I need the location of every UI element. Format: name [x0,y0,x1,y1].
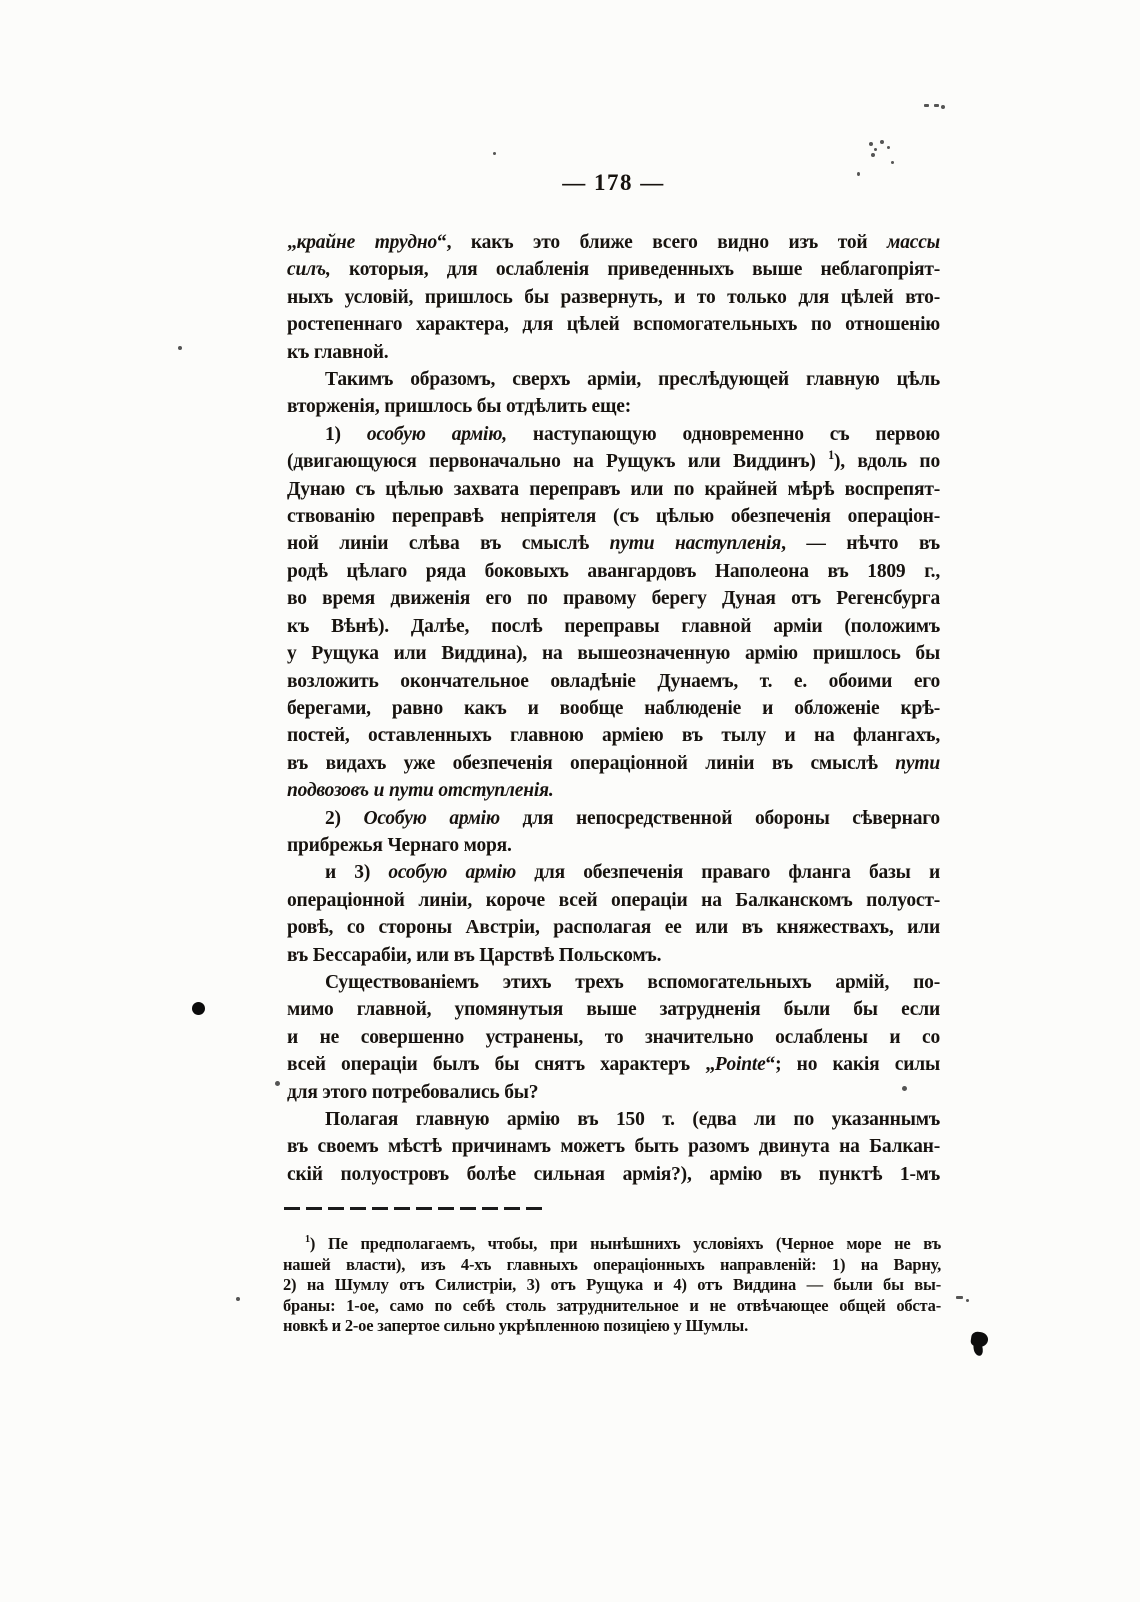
scan-speck [275,1081,280,1086]
text-segment: “; но какія силы [766,1054,940,1075]
text-segment: массы [887,232,940,253]
scan-speck [880,140,884,144]
text-segment: для непосредственной обороны сѣвернаго [500,808,940,829]
text-line: берегами, равно какъ и вообще наблюденіе… [287,695,940,722]
scan-speck [869,142,873,146]
text-segment: Особую армію [364,808,500,829]
text-segment: къ главной. [287,342,388,363]
text-line: мимо главной, упомянутыя выше затруднені… [287,996,940,1023]
text-segment: крайне трудно [297,232,437,253]
text-line: въ своемъ мѣстѣ причинамъ можетъ быть ра… [287,1133,940,1160]
text-line: Существованіемъ этихъ трехъ вспомогатель… [287,969,940,996]
text-segment: возложить окончательное овладѣніе Дунаем… [287,671,940,692]
text-line: скій полуостровъ болѣе сильная армія?), … [287,1161,940,1188]
text-line: къ главной. [287,339,940,366]
text-line: въ Бессарабіи, или въ Царствѣ Польскомъ. [287,942,940,969]
text-line: постей, оставленныхъ главною арміею въ т… [287,722,940,749]
text-line: ствованію переправѣ непріятеля (съ цѣлью… [287,503,940,530]
text-line: браны: 1-ое, само по себѣ столь затрудни… [283,1296,941,1317]
text-segment: у Рущука или Виддина), на вышеозначенную… [287,643,940,664]
text-line: силъ, которыя, для ослабленія приведенны… [287,256,940,283]
text-line: всей операціи былъ бы снятъ характеръ „P… [287,1051,940,1078]
text-segment: Дунаю съ цѣлью захвата переправъ или по … [287,479,940,500]
text-segment: нашей власти), изъ 4-хъ главныхъ операці… [283,1255,941,1274]
scan-speck [871,153,875,157]
text-segment: ныхъ условій, пришлось бы развернуть, и … [287,287,940,308]
footnote-text: 1) Пе предполагаемъ, чтобы, при нынѣшних… [283,1234,941,1337]
text-segment: браны: 1-ое, само по себѣ столь затрудни… [283,1296,941,1315]
scan-speck [924,104,929,107]
text-segment: „ [287,232,297,253]
text-segment: особую армію, [367,424,507,445]
text-segment: ) Пе предполагаемъ, чтобы, при нынѣшнихъ… [310,1234,941,1253]
text-line: подвозовъ и пути отступленія. [287,777,940,804]
text-segment: 1) [325,424,367,445]
text-segment: всей операціи былъ бы снятъ характеръ „ [287,1054,715,1075]
text-segment: для этого потребовались бы? [287,1082,538,1103]
ink-smudge-artifact [970,1331,989,1348]
text-segment: Такимъ образомъ, сверхъ арміи, преслѣдую… [325,369,940,390]
body-text: „крайне трудно“, какъ это ближе всего ви… [287,229,940,1188]
margin-dot-artifact [192,1002,205,1015]
text-segment: ровѣ, со стороны Австріи, располагая ее … [287,917,940,938]
footnote-rule [284,1207,542,1210]
text-segment: пути [895,753,940,774]
scan-speck [178,346,182,350]
text-segment: операціонной линіи, короче всей операціи… [287,890,940,911]
text-segment: и не совершенно устранены, то значительн… [287,1027,940,1048]
text-line: операціонной линіи, короче всей операціи… [287,887,940,914]
scan-speck [966,1299,969,1302]
text-line: ной линіи слѣва въ смыслѣ пути наступлен… [287,530,940,557]
text-line: возложить окончательное овладѣніе Дунаем… [287,668,940,695]
text-segment: Полагая главную армію въ 150 т. (едва ли… [325,1109,940,1130]
text-line: нашей власти), изъ 4-хъ главныхъ операці… [283,1255,941,1276]
text-line: и не совершенно устранены, то значительн… [287,1024,940,1051]
text-segment: Существованіемъ этихъ трехъ вспомогатель… [325,972,940,993]
footnote-marker: 1 [828,448,834,462]
text-line: ростепеннаго характера, для цѣлей вспомо… [287,311,940,338]
text-segment: особую армію [388,862,516,883]
text-line: (двигающуюся первоначально на Рущукъ или… [287,448,940,475]
text-line: 2) Особую армію для непосредственной обо… [287,805,940,832]
text-line: въ видахъ уже обезпеченія операціонной л… [287,750,940,777]
text-segment: “, какъ это ближе всего видно изъ той [437,232,887,253]
scan-speck [934,104,939,107]
text-segment: вторженія, пришлось бы отдѣлить еще: [287,396,631,417]
text-segment: ), вдоль по [834,451,940,472]
text-segment: подвозовъ и пути отступленія. [287,780,554,801]
text-line: 1) особую армію, наступающую одновременн… [287,421,940,448]
text-line: вторженія, пришлось бы отдѣлить еще: [287,393,940,420]
text-segment: ной линіи слѣва въ смыслѣ [287,533,610,554]
scan-speck [902,1086,907,1091]
text-line: новкѣ и 2-ое запертое сильно укрѣпленною… [283,1316,941,1337]
text-segment: Pointe [715,1054,766,1075]
text-segment: берегами, равно какъ и вообще наблюденіе… [287,698,940,719]
text-line: къ Вѣнѣ). Далѣе, послѣ переправы главной… [287,613,940,640]
text-segment: въ видахъ уже обезпеченія операціонной л… [287,753,895,774]
text-segment: родѣ цѣлаго ряда боковыхъ авангардовъ На… [287,561,940,582]
text-line: Дунаю съ цѣлью захвата переправъ или по … [287,476,940,503]
text-segment: мимо главной, упомянутыя выше затруднені… [287,999,940,1020]
text-segment: наступающую одновременно съ первою [507,424,940,445]
text-line: для этого потребовались бы? [287,1079,940,1106]
text-segment: силъ, [287,259,331,280]
text-segment: , — нѣчто въ [781,533,940,554]
text-line: Полагая главную армію въ 150 т. (едва ли… [287,1106,940,1133]
scan-speck [857,172,860,176]
scan-speck [941,105,945,109]
text-segment: ствованію переправѣ непріятеля (съ цѣлью… [287,506,940,527]
text-segment: которыя, для ослабленія приведенныхъ выш… [331,259,940,280]
text-line: прибрежья Чернаго моря. [287,832,940,859]
text-segment: постей, оставленныхъ главною арміею въ т… [287,725,940,746]
footnote-marker: 1 [305,1234,310,1245]
scan-speck [236,1297,240,1301]
text-line: родѣ цѣлаго ряда боковыхъ авангардовъ На… [287,558,940,585]
text-segment: въ Бессарабіи, или въ Царствѣ Польскомъ. [287,945,661,966]
text-line: и 3) особую армію для обезпеченія праваг… [287,859,940,886]
text-line: 2) на Шумлу отъ Силистріи, 3) отъ Рущука… [283,1275,941,1296]
text-line: 1) Пе предполагаемъ, чтобы, при нынѣшних… [283,1234,941,1255]
page-number: — 178 — [287,170,940,196]
text-line: „крайне трудно“, какъ это ближе всего ви… [287,229,940,256]
text-segment: въ своемъ мѣстѣ причинамъ можетъ быть ра… [287,1136,940,1157]
text-line: во время движенія его по правому берегу … [287,585,940,612]
text-segment: во время движенія его по правому берегу … [287,588,940,609]
text-segment: 2) [325,808,364,829]
text-line: Такимъ образомъ, сверхъ арміи, преслѣдую… [287,366,940,393]
text-line: у Рущука или Виддина), на вышеозначенную… [287,640,940,667]
text-segment: 2) на Шумлу отъ Силистріи, 3) отъ Рущука… [283,1275,941,1294]
scan-speck [493,152,496,155]
text-line: ровѣ, со стороны Австріи, располагая ее … [287,914,940,941]
text-segment: и 3) [325,862,388,883]
text-segment: (двигающуюся первоначально на Рущукъ или… [287,451,828,472]
text-segment: новкѣ и 2-ое запертое сильно укрѣпленною… [283,1316,748,1335]
scan-speck [887,146,890,149]
scan-speck [891,161,894,164]
text-segment: къ Вѣнѣ). Далѣе, послѣ переправы главной… [287,616,940,637]
scanned-book-page: — 178 — „крайне трудно“, какъ это ближе … [0,0,1140,1602]
scan-speck [956,1296,963,1299]
text-line: ныхъ условій, пришлось бы развернуть, и … [287,284,940,311]
scan-speck [874,148,877,151]
text-segment: скій полуостровъ болѣе сильная армія?), … [287,1164,940,1185]
text-segment: прибрежья Чернаго моря. [287,835,512,856]
text-segment: ростепеннаго характера, для цѣлей вспомо… [287,314,940,335]
text-segment: пути наступленія [610,533,782,554]
text-segment: для обезпеченія праваго фланга базы и [516,862,940,883]
